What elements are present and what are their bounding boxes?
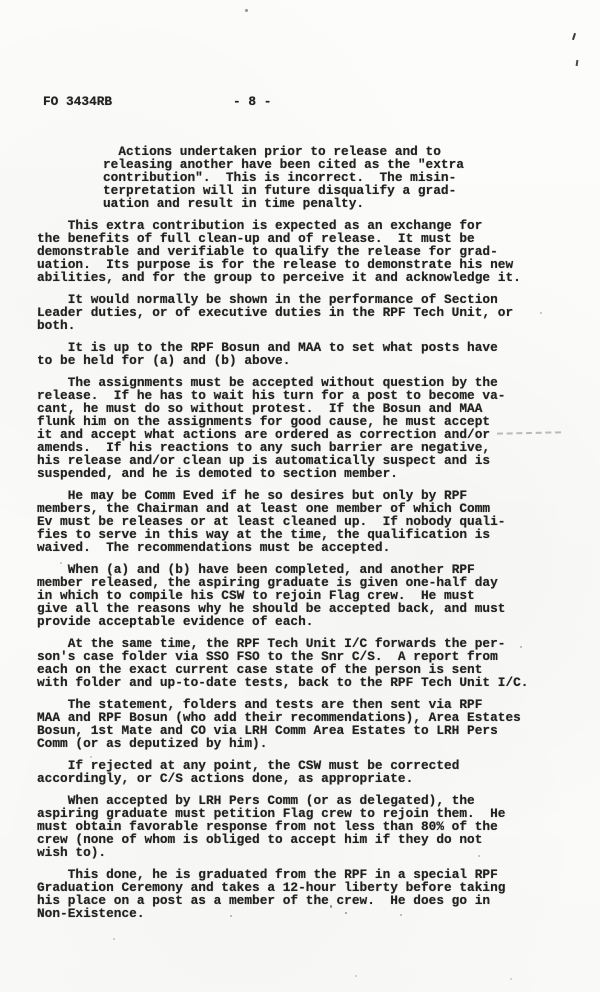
scan-speck bbox=[113, 938, 115, 940]
scan-speck bbox=[245, 9, 248, 12]
paragraph-bosun-maa-posts: It is up to the RPF Bosun and MAA to set… bbox=[37, 341, 537, 367]
paragraph-assignments: The assignments must be accepted without… bbox=[37, 376, 537, 480]
document-page: FO 3434RB - 8 - Actions undertaken prior… bbox=[0, 0, 600, 992]
scan-speck bbox=[510, 978, 512, 980]
paragraph-petition-crew: When accepted by LRH Pers Comm (or as de… bbox=[37, 794, 537, 859]
document-body: Actions undertaken prior to release and … bbox=[37, 145, 537, 929]
paragraph-case-folder: At the same time, the RPF Tech Unit I/C … bbox=[37, 637, 537, 689]
paragraph-comm-ev: He may be Comm Eved if he so desires but… bbox=[37, 489, 537, 554]
scan-speck bbox=[355, 975, 357, 977]
paragraph-graduation: This done, he is graduated from the RPF … bbox=[37, 868, 537, 920]
paragraph-section-leader-duties: It would normally be shown in the perfor… bbox=[37, 293, 537, 332]
scan-speck bbox=[540, 312, 542, 314]
paragraph-statement-routing: The statement, folders and tests are the… bbox=[37, 698, 537, 750]
document-reference: FO 3434RB bbox=[43, 94, 112, 109]
document-header: FO 3434RB - 8 - bbox=[43, 95, 563, 109]
paragraph-rejected: If rejected at any point, the CSW must b… bbox=[37, 759, 537, 785]
paragraph-csw-compile: When (a) and (b) have been completed, an… bbox=[37, 563, 537, 628]
blockquote-paragraph: Actions undertaken prior to release and … bbox=[103, 145, 483, 210]
ink-mark-artifact bbox=[572, 33, 576, 40]
ink-mark-artifact bbox=[576, 60, 579, 66]
paragraph-extra-contribution: This extra contribution is expected as a… bbox=[37, 219, 537, 284]
page-number: - 8 - bbox=[233, 95, 271, 108]
